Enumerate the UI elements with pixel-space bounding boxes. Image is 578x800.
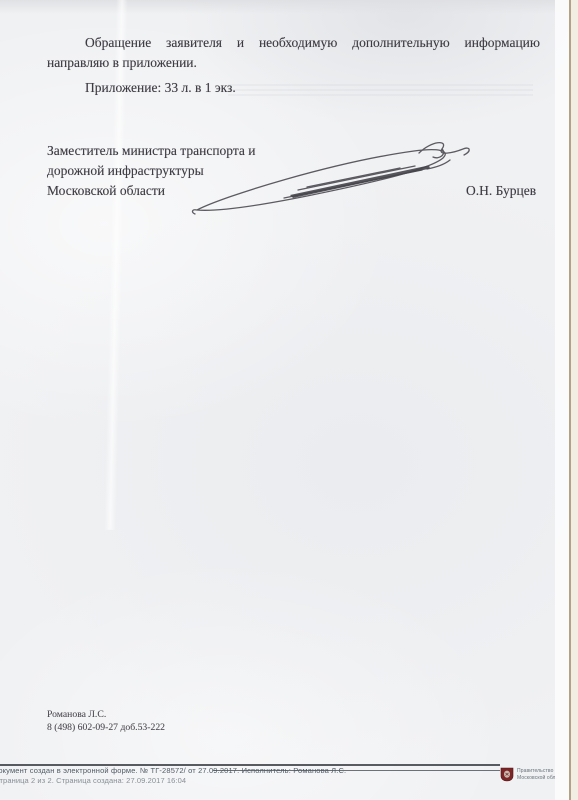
- scan-edge-white-strip: [555, 0, 570, 800]
- emblem-caption: Правительство Московской обл.: [517, 768, 557, 781]
- executor-phone: 8 (498) 602-09-27 доб.53-222: [47, 722, 165, 735]
- executor-name: Романова Л.С.: [47, 709, 165, 722]
- footer-page-info: Страница 2 из 2. Страница создана: 27.09…: [0, 776, 394, 785]
- scan-smudge: [228, 84, 533, 96]
- scan-shadow-top: [0, 0, 578, 14]
- emblem-caption-line1: Правительство: [517, 768, 557, 775]
- coat-of-arms-icon: [500, 767, 514, 782]
- signatory-name: О.Н. Бурцев: [466, 183, 536, 199]
- emblem-caption-line2: Московской обл.: [517, 775, 557, 782]
- footer-doc-info: Документ создан в электронной форме. № Т…: [0, 766, 578, 775]
- body-paragraph-line2: направляю в приложении.: [47, 53, 197, 73]
- attachment-note: Приложение: 33 л. в 1 экз.: [85, 78, 236, 98]
- scan-edge-outer: [571, 0, 578, 800]
- executor-contact-block: Романова Л.С. 8 (498) 602-09-27 доб.53-2…: [47, 709, 165, 734]
- body-paragraph-line1: Обращение заявителя и необходимую дополн…: [47, 33, 540, 53]
- signature-autograph: [186, 139, 478, 219]
- scanned-letter-page: Обращение заявителя и необходимую дополн…: [0, 0, 578, 800]
